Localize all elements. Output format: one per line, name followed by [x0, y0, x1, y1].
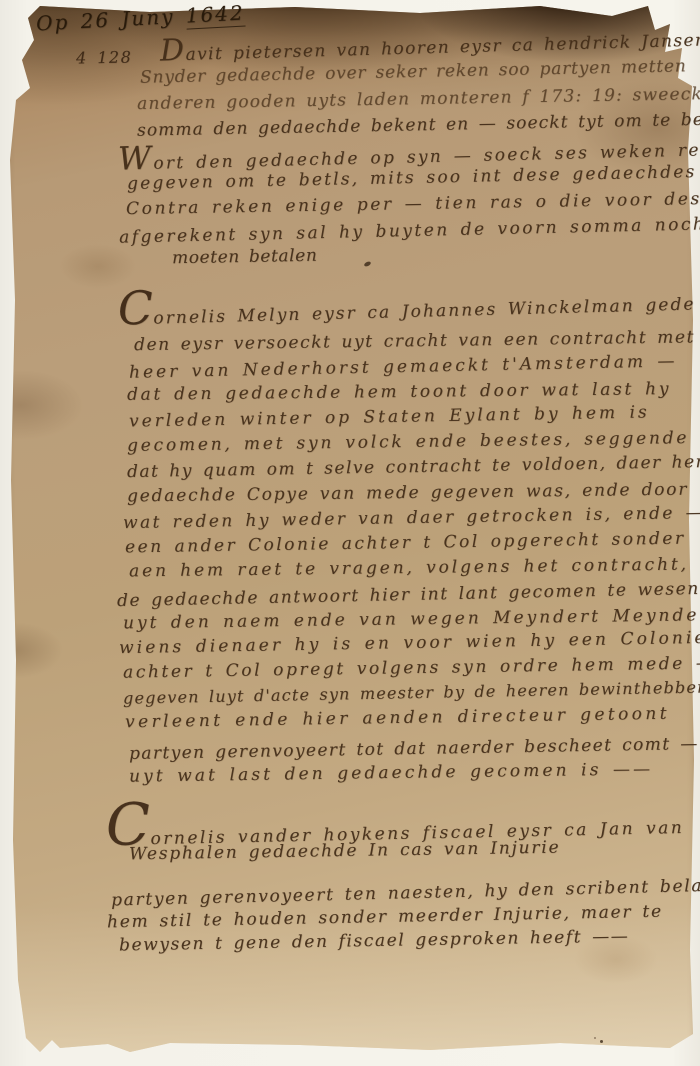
ink-speck [600, 1040, 603, 1043]
archive-folio-note: 4 128 [76, 48, 133, 69]
date-year: 1642 [185, 1, 245, 30]
ink-speck [594, 1037, 596, 1039]
manuscript-scan: Op 26 Juny 1642 4 128 Davit pietersen va… [0, 0, 700, 1066]
manuscript-line: moeten betalen [172, 246, 318, 269]
